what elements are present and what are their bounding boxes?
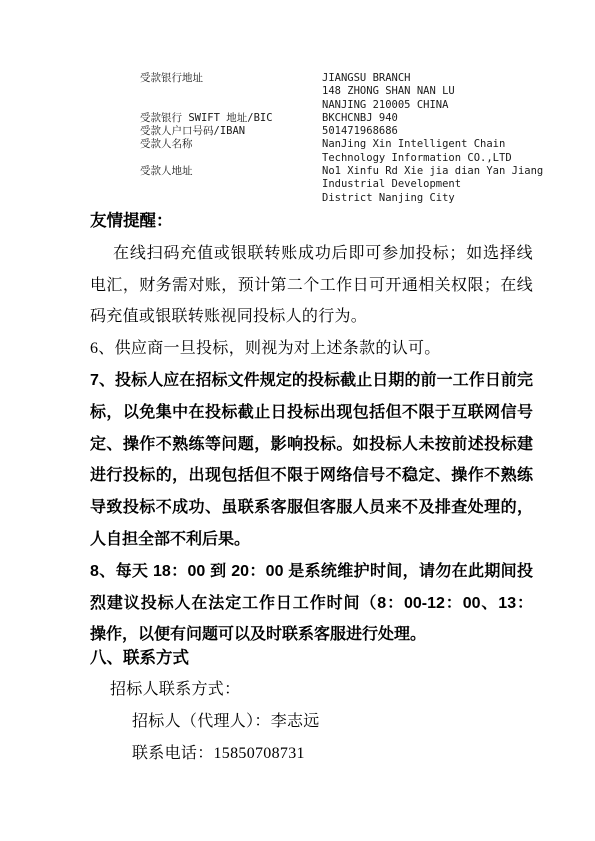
- reminder-line: 码充值或银联转账视同投标人的行为。: [90, 301, 533, 333]
- contact-intro: 招标人联系方式：: [90, 674, 533, 706]
- bank-info-table: 受款银行地址 JIANGSU BRANCH 148 ZHONG SHAN NAN…: [140, 72, 540, 205]
- bank-values: JIANGSU BRANCH 148 ZHONG SHAN NAN LU NAN…: [322, 72, 540, 112]
- bank-value: No1 Xinfu Rd Xie jia dian Yan Jiang: [322, 165, 543, 178]
- bank-row-bank-address: 受款银行地址 JIANGSU BRANCH 148 ZHONG SHAN NAN…: [140, 72, 540, 112]
- bank-value: 148 ZHONG SHAN NAN LU: [322, 85, 540, 98]
- clause-7-line: 进行投标的，出现包括但不限于网络信号不稳定、操作不熟练等问题，: [90, 460, 533, 492]
- bank-values: 501471968686: [322, 125, 540, 138]
- bank-row-payee-name: 受款人名称 NanJing Xin Intelligent Chain Tech…: [140, 138, 540, 165]
- document-page: 受款银行地址 JIANGSU BRANCH 148 ZHONG SHAN NAN…: [0, 0, 595, 841]
- bank-label: 受款人名称: [140, 138, 322, 151]
- clause-8-line: 烈建议投标人在法定工作日工作时间（8：00-12：00、13：00-17：00）: [90, 588, 533, 620]
- contact-section: 八、联系方式 招标人联系方式： 招标人（代理人）：李志远 联系电话：158507…: [90, 642, 533, 770]
- clause-7-line: 导致投标不成功、虽联系客服但客服人员来不及排查处理的，由投标: [90, 492, 533, 524]
- document-body: 友情提醒： 在线扫码充值或银联转账成功后即可参加投标；如选择线下 电汇，财务需对…: [90, 206, 533, 651]
- bank-value: NANJING 210005 CHINA: [322, 99, 540, 112]
- bank-values: BKCHCNBJ 940: [322, 112, 540, 125]
- bank-label: 受款人户口号码/IBAN: [140, 125, 322, 138]
- contact-phone: 联系电话：15850708731: [90, 738, 533, 770]
- bank-value: JIANGSU BRANCH: [322, 72, 540, 85]
- bank-value: Industrial Development: [322, 178, 543, 191]
- bank-values: No1 Xinfu Rd Xie jia dian Yan Jiang Indu…: [322, 165, 543, 205]
- bank-value: BKCHCNBJ 940: [322, 112, 540, 125]
- bank-value: NanJing Xin Intelligent Chain: [322, 138, 540, 151]
- bank-value: 501471968686: [322, 125, 540, 138]
- clause-8-line: 8、每天 18：00 到 20：00 是系统维护时间，请勿在此期间投标。强: [90, 556, 533, 588]
- bank-row-payee-address: 受款人地址 No1 Xinfu Rd Xie jia dian Yan Jian…: [140, 165, 540, 205]
- reminder-line: 电汇，财务需对账，预计第二个工作日可开通相关权限；在线扫: [90, 270, 533, 302]
- clause-7-line: 7、投标人应在招标文件规定的投标截止日期的前一工作日前完成投: [90, 365, 533, 397]
- bank-label: 受款银行 SWIFT 地址/BIC: [140, 112, 322, 125]
- clause-7-line: 定、操作不熟练等问题，影响投标。如投标人未按前述投标建议日期: [90, 429, 533, 461]
- bank-values: NanJing Xin Intelligent Chain Technology…: [322, 138, 540, 165]
- bank-row-iban: 受款人户口号码/IBAN 501471968686: [140, 125, 540, 138]
- clause-7-line: 人自担全部不利后果。: [90, 524, 533, 556]
- clause-6: 6、供应商一旦投标，则视为对上述条款的认可。: [90, 333, 533, 365]
- reminder-line: 在线扫码充值或银联转账成功后即可参加投标；如选择线下: [90, 238, 533, 270]
- clause-7-line: 标，以免集中在投标截止日投标出现包括但不限于互联网信号不稳: [90, 397, 533, 429]
- reminder-heading: 友情提醒：: [90, 206, 533, 238]
- contact-agent: 招标人（代理人）：李志远: [90, 706, 533, 738]
- contact-heading: 八、联系方式: [90, 642, 533, 674]
- bank-value: District Nanjing City: [322, 192, 543, 205]
- bank-row-swift: 受款银行 SWIFT 地址/BIC BKCHCNBJ 940: [140, 112, 540, 125]
- bank-value: Technology Information CO.,LTD: [322, 152, 540, 165]
- bank-label: 受款银行地址: [140, 72, 322, 85]
- bank-label: 受款人地址: [140, 165, 322, 178]
